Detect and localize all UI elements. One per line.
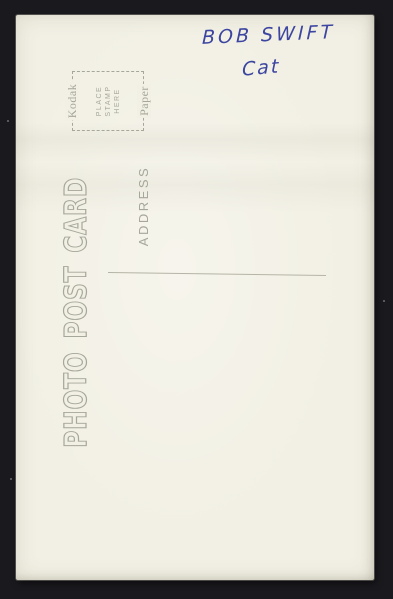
- photo-post-card-label: PHOTO POST CARD: [59, 266, 95, 486]
- handwritten-name: BOB SWIFT: [202, 21, 336, 49]
- stamp-box-instruction-line: HERE: [114, 88, 121, 113]
- photo-post-card-text: PHOTO POST CARD: [59, 177, 94, 448]
- handwritten-note: Cat: [242, 55, 281, 80]
- stamp-box-instruction-line: STAMP: [105, 85, 112, 116]
- dust-speck: [7, 120, 9, 122]
- postcard-back: BOB SWIFT Cat Kodak PLACE STAMP HERE Pap…: [16, 15, 374, 580]
- stamp-box-instruction-line: PLACE: [96, 86, 103, 116]
- address-rule-line: [108, 272, 326, 276]
- stamp-box: Kodak PLACE STAMP HERE Paper: [72, 71, 144, 131]
- stamp-box-paper-label: Paper: [137, 84, 151, 118]
- dust-speck: [10, 478, 12, 480]
- photo-mount-background: BOB SWIFT Cat Kodak PLACE STAMP HERE Pap…: [0, 0, 393, 599]
- stamp-box-instructions: PLACE STAMP HERE: [73, 72, 143, 130]
- address-label: ADDRESS: [136, 150, 152, 262]
- dust-speck: [383, 300, 385, 302]
